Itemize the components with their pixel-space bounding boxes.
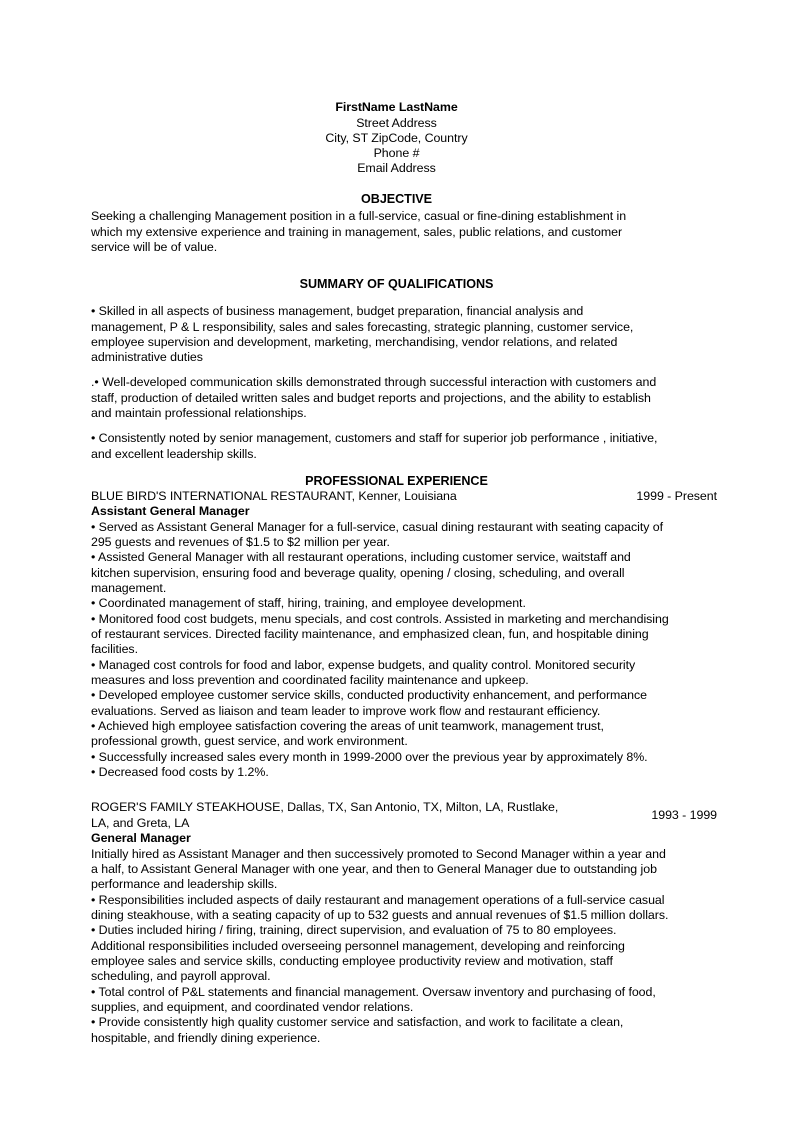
job-line: • Achieved high employee satisfaction co… [91,719,604,734]
job-line: professional growth, guest service, and … [91,734,408,749]
experience-heading: PROFESSIONAL EXPERIENCE [0,474,793,489]
job-line: kitchen supervision, ensuring food and b… [91,566,624,581]
qualification-line: employee supervision and development, ma… [91,335,617,350]
job-line: • Provide consistently high quality cust… [91,1015,623,1030]
job-line: supplies, and equipment, and coordinated… [91,1000,413,1015]
job-line: performance and leadership skills. [91,877,277,892]
job-dates: 1993 - 1999 [651,808,717,823]
job-line: a half, to Assistant General Manager wit… [91,862,657,877]
job-title: Assistant General Manager [91,504,250,519]
job-line: 295 guests and revenues of $1.5 to $2 mi… [91,535,390,550]
job-line: facilities. [91,642,138,657]
job-dates: 1999 - Present [636,489,717,504]
job-line: • Total control of P&L statements and fi… [91,985,656,1000]
objective-line: service will be of value. [91,240,217,255]
objective-line: which my extensive experience and traini… [91,225,622,240]
qualification-line: • Consistently noted by senior managemen… [91,431,657,446]
qualification-line: .• Well-developed communication skills d… [91,375,656,390]
job-line: • Decreased food costs by 1.2%. [91,765,269,780]
candidate-name: FirstName LastName [0,100,793,115]
job-line: Initially hired as Assistant Manager and… [91,847,666,862]
qualification-line: administrative duties [91,350,203,365]
job-line: • Served as Assistant General Manager fo… [91,520,663,535]
city-state-zip: City, ST ZipCode, Country [0,131,793,146]
job-line: management. [91,581,166,596]
employer: LA, and Greta, LA [91,816,189,831]
job-line: dining steakhouse, with a seating capaci… [91,908,668,923]
job-line: scheduling, and payroll approval. [91,969,271,984]
email-address: Email Address [0,161,793,176]
job-line: measures and loss prevention and coordin… [91,673,529,688]
qualification-line: • Skilled in all aspects of business man… [91,304,583,319]
objective-line: Seeking a challenging Management positio… [91,209,626,224]
job-line: • Developed employee customer service sk… [91,688,647,703]
employer: ROGER'S FAMILY STEAKHOUSE, Dallas, TX, S… [91,800,558,815]
job-line: of restaurant services. Directed facilit… [91,627,649,642]
job-line: evaluations. Served as liaison and team … [91,704,600,719]
job-title: General Manager [91,831,191,846]
street-address: Street Address [0,116,793,131]
job-line: hospitable, and friendly dining experien… [91,1031,320,1046]
qualification-line: management, P & L responsibility, sales … [91,320,633,335]
job-line: • Assisted General Manager with all rest… [91,550,631,565]
job-line: • Coordinated management of staff, hirin… [91,596,526,611]
job-line: • Responsibilities included aspects of d… [91,893,664,908]
job-line: • Managed cost controls for food and lab… [91,658,635,673]
job-line: • Duties included hiring / firing, train… [91,923,616,938]
phone-number: Phone # [0,146,793,161]
qualification-line: and excellent leadership skills. [91,447,257,462]
job-line: Additional responsibilities included ove… [91,939,625,954]
job-line: employee sales and service skills, condu… [91,954,613,969]
employer: BLUE BIRD'S INTERNATIONAL RESTAURANT, Ke… [91,489,457,504]
qualifications-heading: SUMMARY OF QUALIFICATIONS [0,277,793,292]
job-line: • Monitored food cost budgets, menu spec… [91,612,669,627]
resume-page: FirstName LastName Street Address City, … [0,0,793,1122]
qualification-line: staff, production of detailed written sa… [91,391,651,406]
objective-heading: OBJECTIVE [0,192,793,207]
qualification-line: and maintain professional relationships. [91,406,307,421]
job-line: • Successfully increased sales every mon… [91,750,648,765]
